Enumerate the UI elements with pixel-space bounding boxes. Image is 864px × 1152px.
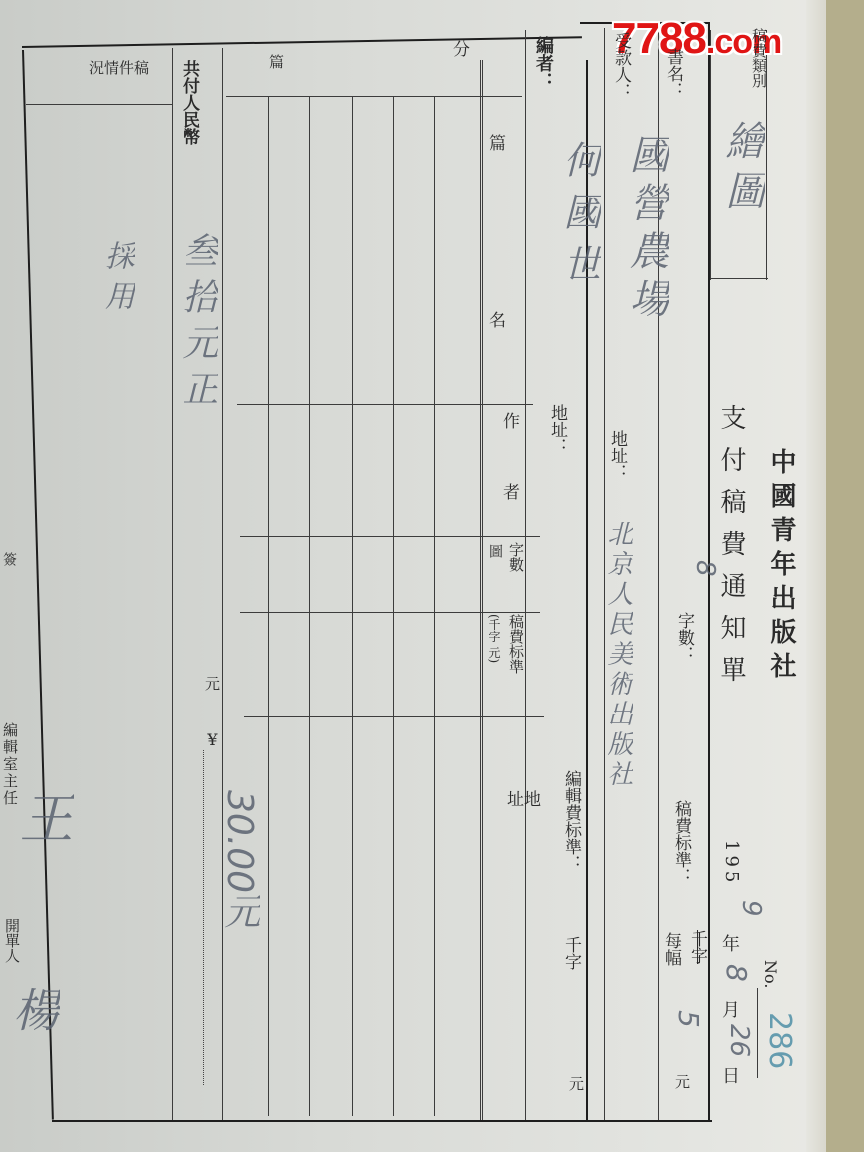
category-value: 繪圖 [714, 120, 771, 220]
book-title-value: 國營農場 [618, 134, 675, 326]
column-header-author: 作者 [499, 412, 519, 554]
category-box-bottom [710, 278, 768, 279]
number-underline [757, 988, 758, 1078]
edit-fee-label: 編輯費标準： [562, 770, 579, 872]
col-sep-6 [222, 48, 223, 1120]
date-day-fill: 26 [724, 1024, 754, 1057]
col-sep-5 [480, 60, 481, 1120]
cut-label: 簽 [2, 552, 16, 566]
table-overflow-label: 篇 [268, 54, 283, 69]
column-header-address: 地址 [503, 790, 540, 1027]
date-month-label: 月 [720, 1000, 738, 1018]
total-yen-symbol: ¥ [204, 730, 220, 749]
editor-chief-signature: 王 [4, 790, 81, 844]
number-label: No. [762, 960, 778, 988]
edit-fee-currency: 元 [568, 1076, 583, 1091]
date-year-label: 年 [720, 934, 738, 952]
issuer-label: 開單人 [4, 918, 19, 963]
table-header-author: 作者 [500, 412, 517, 554]
table-header-count-sub: 圖 [488, 544, 502, 558]
table-header-inner [482, 60, 483, 1120]
fee-standard-unit-struck: 千字 [688, 930, 705, 964]
table-row [270, 98, 308, 1116]
table-row [354, 98, 392, 1116]
table-row [226, 98, 267, 1116]
payee-address-value: 北京人民美術出版社 [600, 520, 637, 790]
paper-edge [806, 0, 826, 1152]
table-row [311, 98, 351, 1116]
total-currency-unit: 元 [204, 676, 219, 691]
table-line [309, 96, 310, 1116]
column-header-count: 字數 [507, 542, 525, 572]
total-amount-figures: 30.00元 [214, 790, 265, 929]
frame-bottom [52, 1120, 712, 1122]
table-header-fee: 稿費标準 [508, 614, 523, 674]
table-header-address: 地址 [504, 790, 538, 1152]
word-count-value: 8 [690, 560, 720, 577]
table-header-fee-sub: (千字 元) [488, 614, 500, 663]
category-label: 稿費類別 [734, 28, 766, 88]
category-box-left [710, 30, 711, 280]
book-title-label: 書名： [664, 48, 681, 99]
fee-standard-label: 稿費标準： [672, 800, 689, 885]
fee-standard-value: 5 [672, 1010, 705, 1028]
status-value: 採用 [94, 240, 138, 320]
word-count-label: 字數： [675, 612, 692, 663]
table-header-count: 字數 [508, 542, 523, 572]
date-year-prefix: 195 [722, 840, 740, 886]
date-month-fill: 8 [720, 964, 753, 982]
table-line [434, 96, 435, 1116]
table-line [393, 96, 394, 1116]
table-row [436, 98, 480, 1116]
edit-fee-unit: 千字 [562, 936, 579, 970]
payee-value: 何國世 [552, 140, 607, 296]
col-sep-7 [172, 48, 173, 1120]
date-day-label: 日 [720, 1066, 738, 1084]
editor-address-label: 地址： [548, 404, 565, 455]
payee-address-label: 地址： [608, 430, 625, 481]
date-year-fill: 9 [736, 900, 766, 917]
editor-label: 編者： [534, 36, 552, 90]
allocation-section-label: 分 [450, 40, 467, 57]
total-amount-words: 叁拾元正 [172, 232, 223, 416]
fee-standard-currency: 元 [674, 1074, 689, 1089]
fee-standard-unit: 每幅 [662, 932, 679, 966]
payee-label: 受款人： [612, 32, 629, 100]
number-value: 286 [762, 1012, 797, 1069]
status-label: 稿件情況 [38, 60, 148, 100]
issuer-signature: 楊 [0, 986, 66, 1032]
status-box-bottom [26, 104, 172, 105]
table-line [268, 96, 269, 1116]
total-label: 共付人民幣 [180, 60, 197, 145]
publisher-name: 中國青年出版社 [768, 448, 794, 686]
form-title: 支付稿費通知單 [718, 404, 744, 698]
amount-dotted-line [203, 750, 204, 1085]
table-line [352, 96, 353, 1116]
table-header-sep [226, 96, 522, 97]
table-row [395, 98, 433, 1116]
